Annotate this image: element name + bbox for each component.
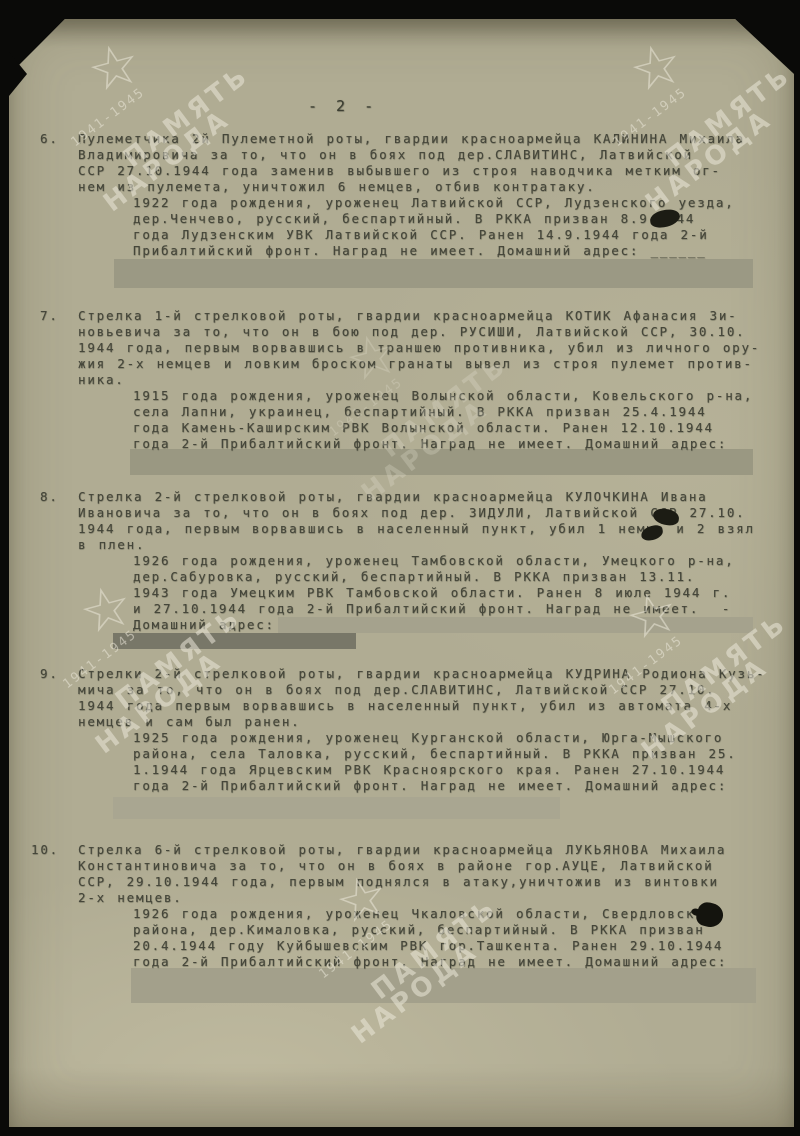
award-paragraph-10: 10. Стрелка 6-й стрелковой роты, гвардии… [40, 842, 780, 970]
text-line: 1943 года Умецким РВК Тамбовской области… [133, 585, 780, 601]
text-line: немцев и сам был ранен. [78, 714, 780, 730]
text-line: 1925 года рождения, уроженец Курганской … [133, 730, 780, 746]
redaction-block-1 [114, 259, 753, 288]
paragraph-number: 7. [40, 308, 59, 323]
bio-text: 1915 года рождения, уроженец Волынской о… [133, 388, 780, 452]
text-line: года 2-й Прибалтийский фронт. Наград не … [133, 954, 780, 970]
bio-text: 1925 года рождения, уроженец Курганской … [133, 730, 780, 794]
text-line: Стрелка 2-й стрелковой роты, гвардии кра… [78, 489, 780, 505]
citation-text: Стрелки 2-й стрелковой роты, гвардии кра… [78, 666, 780, 730]
paragraph-number: 10. [31, 842, 59, 857]
text-line: 1944 года, первым ворвавшись в траншею п… [78, 340, 780, 356]
redaction-block-5 [131, 968, 756, 1003]
redaction-block-2 [130, 449, 753, 475]
text-line: жия 2-х немцев и ловким броском гранаты … [78, 356, 780, 372]
text-line: Стрелки 2-й стрелковой роты, гвардии кра… [78, 666, 780, 682]
text-line: Стрелка 1-й стрелковой роты, гвардии кра… [78, 308, 780, 324]
bio-text: 1926 года рождения, уроженец Чкаловской … [133, 906, 780, 970]
text-line: 2-х немцев. [78, 890, 780, 906]
text-line: Пулеметчика 2й Пулеметной роты, гвардии … [78, 131, 780, 147]
text-line: Прибалтийский фронт. Наград не имеет. До… [133, 243, 780, 259]
citation-text: Стрелка 1-й стрелковой роты, гвардии кра… [78, 308, 780, 388]
text-line: года Камень-Каширским РВК Волынской обла… [133, 420, 780, 436]
text-line: села Лапни, украинец, беспартийный. В РК… [133, 404, 780, 420]
text-line: 20.4.1944 году Куйбышевским РВК гор.Ташк… [133, 938, 780, 954]
paragraph-number: 9. [40, 666, 59, 681]
text-line: 1926 года рождения, уроженец Чкаловской … [133, 906, 780, 922]
text-line: района, села Таловка, русский, беспартий… [133, 746, 780, 762]
bio-text: 1926 года рождения, уроженец Тамбовской … [133, 553, 780, 633]
paragraph-number: 8. [40, 489, 59, 504]
text-line: ника. [78, 372, 780, 388]
text-line: 1944 года первым ворвавшись в населенный… [78, 698, 780, 714]
text-line: Стрелка 6-й стрелковой роты, гвардии кра… [78, 842, 780, 858]
text-line: года 2-й Прибалтийский фронт. Наград не … [133, 778, 780, 794]
bio-text: 1922 года рождения, уроженец Латвийской … [133, 195, 780, 259]
document-scan: - 2 - 6. Пулеметчика 2й Пулеметной роты,… [0, 0, 800, 1136]
redaction-block-4 [113, 797, 560, 819]
text-line: 1.1944 года Ярцевским РВК Красноярского … [133, 762, 780, 778]
text-line: 1926 года рождения, уроженец Тамбовской … [133, 553, 780, 569]
text-line: района, дер.Кималовка, русский, беспарти… [133, 922, 780, 938]
citation-text: Стрелка 6-й стрелковой роты, гвардии кра… [78, 842, 780, 906]
text-line: в плен. [78, 537, 780, 553]
page-number: - 2 - [308, 97, 377, 115]
text-line: ССР, 29.10.1944 года, первым поднялся в … [78, 874, 780, 890]
award-paragraph-6: 6. Пулеметчика 2й Пулеметной роты, гвард… [40, 131, 780, 259]
text-line: Домашний адрес: [133, 617, 780, 633]
award-paragraph-9: 9. Стрелки 2-й стрелковой роты, гвардии … [40, 666, 780, 794]
text-line: и 27.10.1944 года 2-й Прибалтийский фрон… [133, 601, 780, 617]
text-line: 1922 года рождения, уроженец Латвийской … [133, 195, 780, 211]
redaction-block-3 [113, 633, 356, 649]
text-line: мича за то, что он в боях под дер.СЛАВИТ… [78, 682, 780, 698]
text-line: дер.Сабуровка, русский, беспартийный. В … [133, 569, 780, 585]
paragraph-number: 6. [40, 131, 59, 146]
text-line: года 2-й Прибалтийский фронт. Наград не … [133, 436, 780, 452]
text-line: дер.Ченчево, русский, беспартийный. В РК… [133, 211, 780, 227]
text-line: нем из пулемета, уничтожил 6 немцев, отб… [78, 179, 780, 195]
text-line: новьевича за то, что он в бою под дер. Р… [78, 324, 780, 340]
text-line: Константиновича за то, что он в боях в р… [78, 858, 780, 874]
text-line: Владимировича за то, что он в боях под д… [78, 147, 780, 163]
text-line: года Лудзенским УВК Латвийской ССР. Ране… [133, 227, 780, 243]
text-line: 1915 года рождения, уроженец Волынской о… [133, 388, 780, 404]
citation-text: Пулеметчика 2й Пулеметной роты, гвардии … [78, 131, 780, 195]
text-line: ССР 27.10.1944 года заменив выбывшего из… [78, 163, 780, 179]
award-paragraph-7: 7. Стрелка 1-й стрелковой роты, гвардии … [40, 308, 780, 452]
